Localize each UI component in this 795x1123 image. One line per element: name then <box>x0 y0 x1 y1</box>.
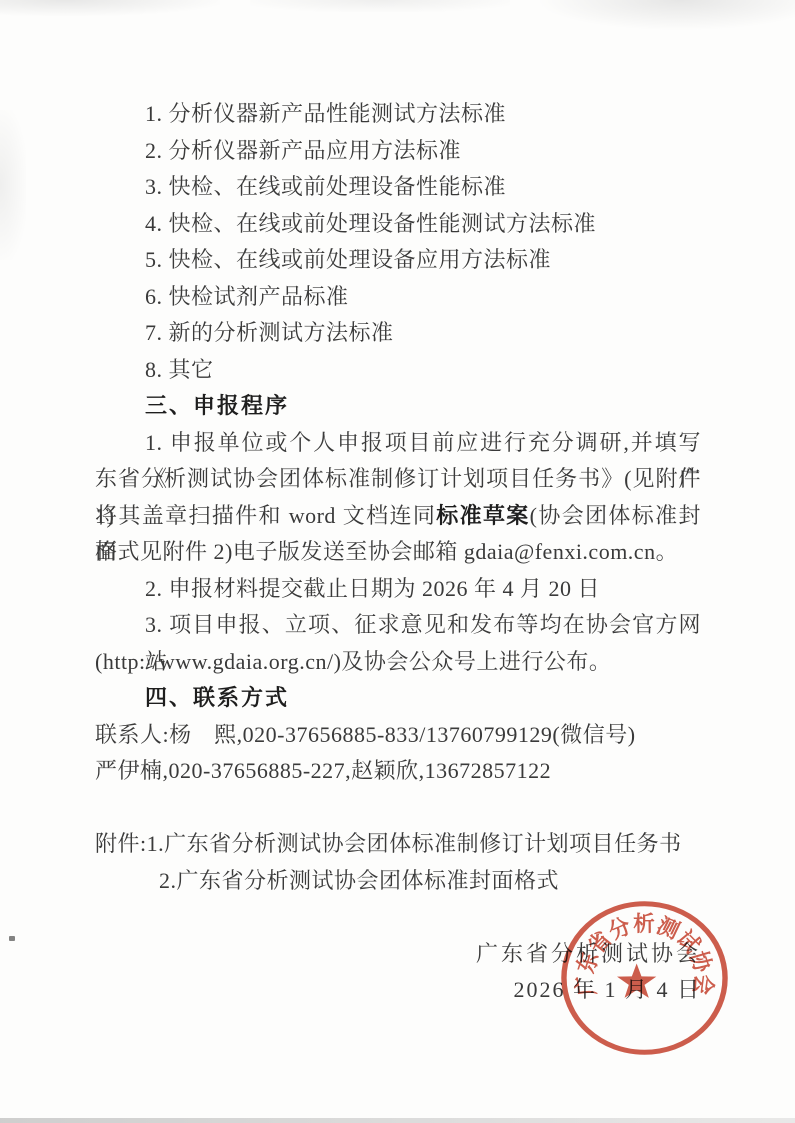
paragraph-deadline: 2. 申报材料提交截止日期为 2026 年 4 月 20 日 <box>95 571 701 608</box>
paragraph-text: 将其盖章扫描件和 word 文档连同 <box>95 503 436 528</box>
standard-type-item: 1. 分析仪器新产品性能测试方法标准 <box>95 96 701 133</box>
paragraph-line: 1. 申报单位或个人申报项目前应进行充分调研,并填写《广 <box>95 425 701 462</box>
standard-type-item: 6. 快检试剂产品标准 <box>95 279 701 316</box>
scan-speck <box>9 936 15 941</box>
contact-line: 联系人:杨 熙,020-37656885-833/13760799129(微信号… <box>95 717 701 754</box>
draft-standard-emphasis: 标准草案 <box>436 503 529 528</box>
standard-type-item: 3. 快检、在线或前处理设备性能标准 <box>95 169 701 206</box>
paragraph-line: 东省分析测试协会团体标准制修订计划项目任务书》(见附件 1) <box>95 461 701 498</box>
scan-artifact <box>0 0 220 16</box>
blank-line <box>95 790 701 827</box>
standard-type-item: 2. 分析仪器新产品应用方法标准 <box>95 133 701 170</box>
standard-type-item: 4. 快检、在线或前处理设备性能测试方法标准 <box>95 206 701 243</box>
scan-artifact <box>540 0 795 30</box>
attachment-item: 2.广东省分析测试协会团体标准封面格式 <box>95 863 701 900</box>
document-body: 1. 分析仪器新产品性能测试方法标准 2. 分析仪器新产品应用方法标准 3. 快… <box>95 96 701 1009</box>
paragraph-line: 3. 项目申报、立项、征求意见和发布等均在协会官方网站 <box>95 607 701 644</box>
section-heading-contact: 四、联系方式 <box>95 680 701 717</box>
paragraph-line-with-url: (http://www.gdaia.org.cn/)及协会公众号上进行公布。 <box>95 644 701 681</box>
seal-star-icon <box>617 964 656 998</box>
standard-type-item: 7. 新的分析测试方法标准 <box>95 315 701 352</box>
section-heading-procedure: 三、申报程序 <box>95 388 701 425</box>
standard-type-item: 8. 其它 <box>95 352 701 389</box>
standard-type-item: 5. 快检、在线或前处理设备应用方法标准 <box>95 242 701 279</box>
official-seal: 广东省分析测试协会 <box>561 901 728 1055</box>
scan-artifact <box>250 0 510 12</box>
attachment-item: 附件:1.广东省分析测试协会团体标准制修订计划项目任务书 <box>95 826 701 863</box>
paragraph-line: 将其盖章扫描件和 word 文档连同标准草案(协会团体标准封面 <box>95 498 701 535</box>
contact-line: 严伊楠,020-37656885-227,赵颖欣,13672857122 <box>95 753 701 790</box>
scan-page-edge <box>0 1118 795 1123</box>
scanned-document-page: 1. 分析仪器新产品性能测试方法标准 2. 分析仪器新产品应用方法标准 3. 快… <box>0 0 795 1123</box>
scan-artifact <box>0 110 26 260</box>
paragraph-line-with-email: 格式见附件 2)电子版发送至协会邮箱 gdaia@fenxi.com.cn。 <box>95 534 701 571</box>
